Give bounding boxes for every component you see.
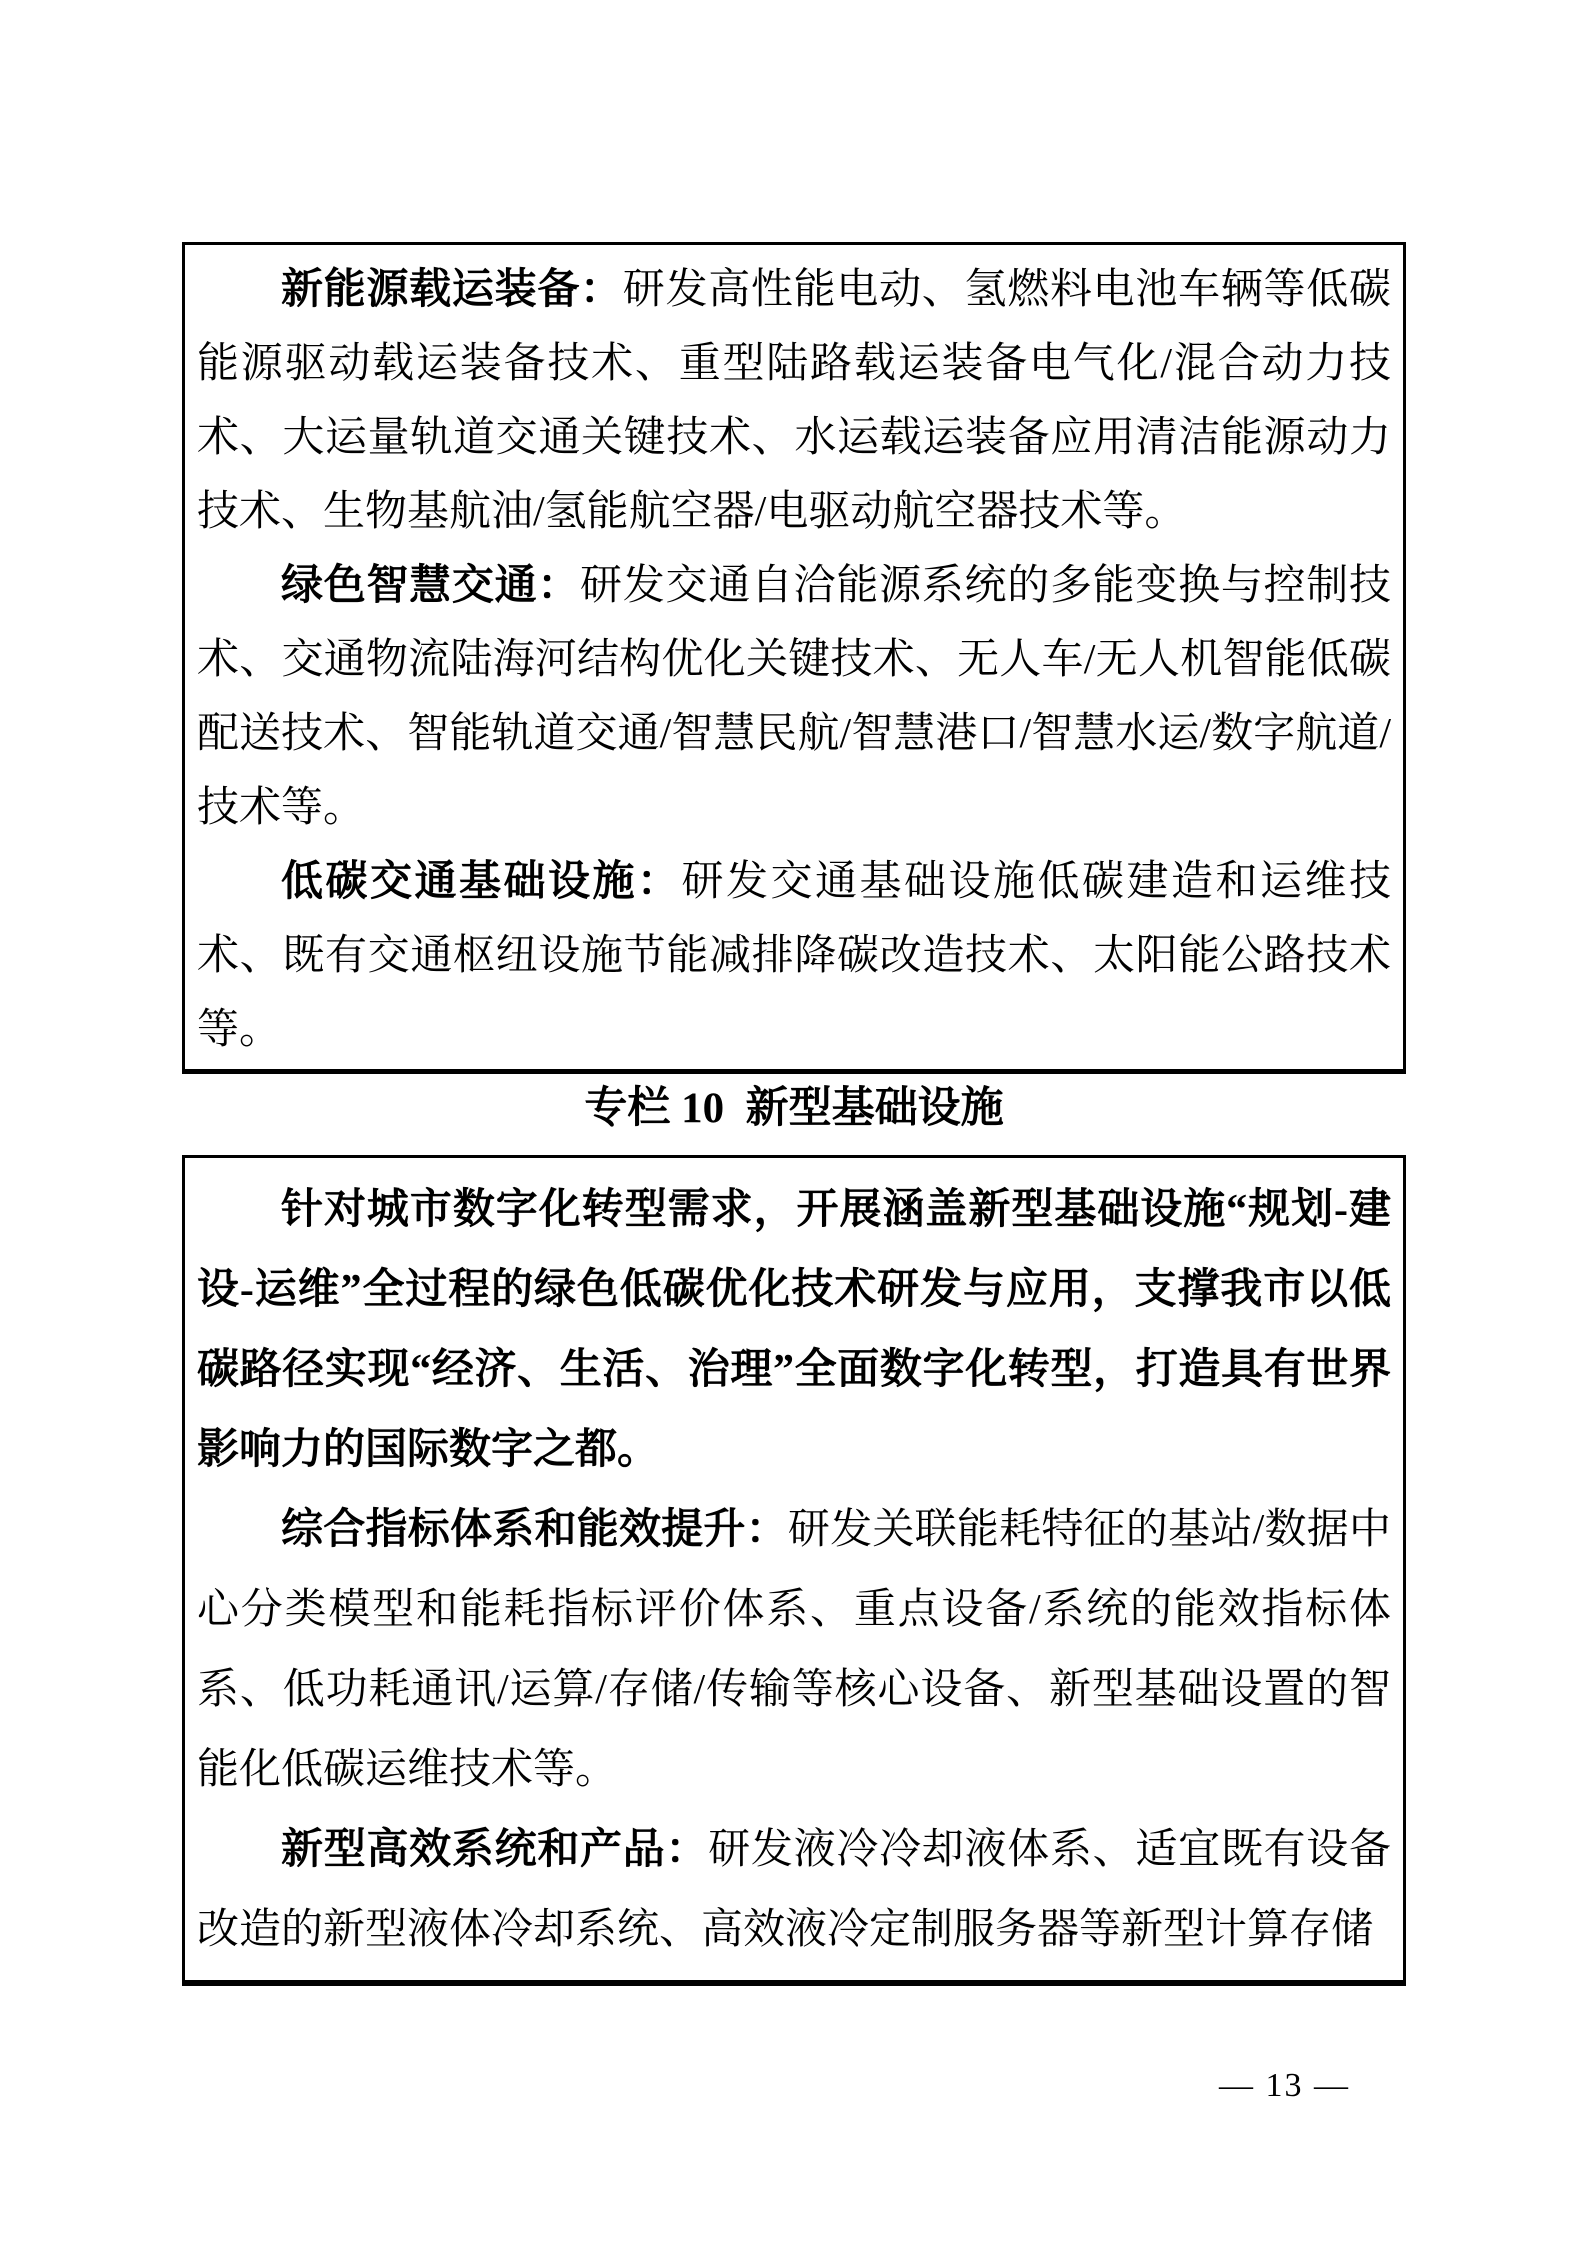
paragraph-green-smart-transport: 绿色智慧交通：研发交通自洽能源系统的多能变换与控制技术、交通物流陆海河结构优化关… (197, 549, 1391, 845)
paragraph-label: 低碳交通基础设施： (281, 859, 682, 905)
paragraph-label: 综合指标体系和能效提升： (281, 1507, 788, 1553)
document-page: 新能源载运装备：研发高性能电动、氢燃料电池车辆等低碳能源驱动载运装备技术、重型陆… (0, 0, 1588, 2245)
new-infrastructure-column-box: 针对城市数字化转型需求，开展涵盖新型基础设施“规划-建设-运维”全过程的绿色低碳… (182, 1155, 1406, 1986)
green-transport-column-box: 新能源载运装备：研发高性能电动、氢燃料电池车辆等低碳能源驱动载运装备技术、重型陆… (182, 242, 1406, 1074)
paragraph-label: 绿色智慧交通： (281, 563, 580, 609)
paragraph-label: 新型高效系统和产品： (281, 1827, 708, 1873)
section-heading: 专栏 10 新型基础设施 (182, 1083, 1406, 1135)
paragraph-label: 新能源载运装备： (281, 267, 623, 313)
paragraph-low-carbon-infrastructure: 低碳交通基础设施：研发交通基础设施低碳建造和运维技术、既有交通枢纽设施节能减排降… (197, 845, 1391, 1067)
paragraph-lead-digital-transformation: 针对城市数字化转型需求，开展涵盖新型基础设施“规划-建设-运维”全过程的绿色低碳… (197, 1170, 1391, 1490)
paragraph-new-efficient-systems: 新型高效系统和产品：研发液冷冷却液体系、适宜既有设备改造的新型液体冷却系统、高效… (197, 1810, 1391, 1970)
paragraph-new-energy-vehicles: 新能源载运装备：研发高性能电动、氢燃料电池车辆等低碳能源驱动载运装备技术、重型陆… (197, 253, 1391, 549)
page-number: — 13 — (1219, 2066, 1350, 2106)
paragraph-index-system-energy-efficiency: 综合指标体系和能效提升：研发关联能耗特征的基站/数据中心分类模型和能耗指标评价体… (197, 1490, 1391, 1810)
